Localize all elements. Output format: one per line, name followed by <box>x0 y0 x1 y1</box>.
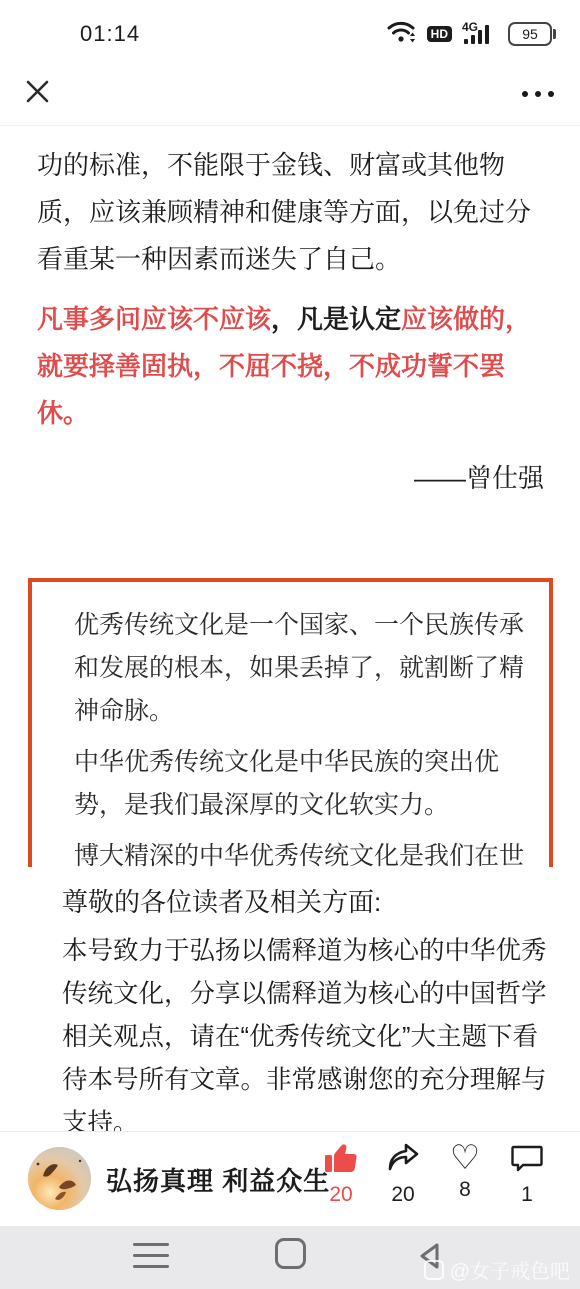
box-paragraph: 博大精深的中华优秀传统文化是我们在世界文化激荡中站稳脚跟的根基。 <box>74 835 533 867</box>
bottom-action-bar: 弘扬真理 利益众生 20 20 ♡ 8 <box>0 1131 580 1226</box>
favorite-button[interactable]: ♡ 8 <box>434 1142 496 1207</box>
battery-icon: 95 <box>508 22 556 46</box>
watermark-text: @女子戒色吧 <box>450 1255 570 1284</box>
share-button[interactable]: 20 <box>372 1142 434 1207</box>
thumbs-up-icon <box>324 1142 358 1179</box>
author-name[interactable]: 弘扬真理 利益众生 <box>106 1132 330 1227</box>
share-arrow-icon <box>386 1142 420 1179</box>
close-icon[interactable] <box>24 78 51 110</box>
wifi-icon <box>387 19 417 50</box>
quote-segment: ，凡是认定 <box>271 304 401 334</box>
red-bordered-quote-box: 优秀传统文化是一个国家、一个民族传承和发展的根本，如果丢掉了，就割断了精神命脉。… <box>28 578 553 867</box>
favorite-count: 8 <box>459 1178 471 1202</box>
cellular-signal-icon: 4G <box>462 22 498 46</box>
comment-count: 1 <box>521 1183 533 1207</box>
engagement-actions: 20 20 ♡ 8 1 <box>310 1142 558 1207</box>
home-icon[interactable] <box>275 1238 306 1269</box>
clock-time: 01:14 <box>80 21 140 47</box>
status-icons: HD 4G 95 <box>387 19 556 50</box>
notice-salutation: 尊敬的各位读者及相关方面: <box>62 881 554 924</box>
like-button[interactable]: 20 <box>310 1142 372 1207</box>
status-bar: 01:14 HD 4G 95 <box>0 0 580 62</box>
quote-segment: 凡事多问应该不应该 <box>37 304 271 334</box>
more-options-icon[interactable] <box>520 81 556 107</box>
hd-voice-icon: HD <box>427 26 452 42</box>
comment-bubble-icon <box>511 1142 543 1179</box>
recents-menu-icon[interactable] <box>133 1243 169 1268</box>
box-paragraph: 中华优秀传统文化是中华民族的突出优势，是我们最深厚的文化软实力。 <box>74 741 533 827</box>
notice-body: 本号致力于弘扬以儒释道为核心的中华优秀传统文化，分享以儒释道为核心的中国哲学相关… <box>62 930 554 1145</box>
system-navigation-bar: @女子戒色吧 <box>0 1226 580 1289</box>
comment-button[interactable]: 1 <box>496 1142 558 1207</box>
article-header <box>0 62 580 126</box>
heart-icon: ♡ <box>450 1142 480 1174</box>
watermark-logo-icon <box>424 1260 444 1280</box>
article-paragraph: 功的标准，不能限于金钱、财富或其他物质，应该兼顾精神和健康等方面，以免过分看重某… <box>37 142 546 283</box>
quote-attribution: ——曾仕强 <box>37 458 546 495</box>
reader-notice: 尊敬的各位读者及相关方面: 本号致力于弘扬以儒释道为核心的中华优秀传统文化，分享… <box>62 881 554 1145</box>
author-avatar[interactable] <box>28 1147 91 1210</box>
article-content: 功的标准，不能限于金钱、财富或其他物质，应该兼顾精神和健康等方面，以免过分看重某… <box>0 126 580 1145</box>
share-count: 20 <box>391 1183 414 1207</box>
highlighted-quote: 凡事多问应该不应该，凡是认定应该做的，就要择善固执，不屈不挠，不成功誓不罢休。 <box>37 296 546 437</box>
box-paragraph: 优秀传统文化是一个国家、一个民族传承和发展的根本，如果丢掉了，就割断了精神命脉。 <box>74 604 533 733</box>
watermark: @女子戒色吧 <box>424 1255 570 1284</box>
like-count: 20 <box>329 1183 352 1207</box>
battery-percent: 95 <box>522 26 538 42</box>
